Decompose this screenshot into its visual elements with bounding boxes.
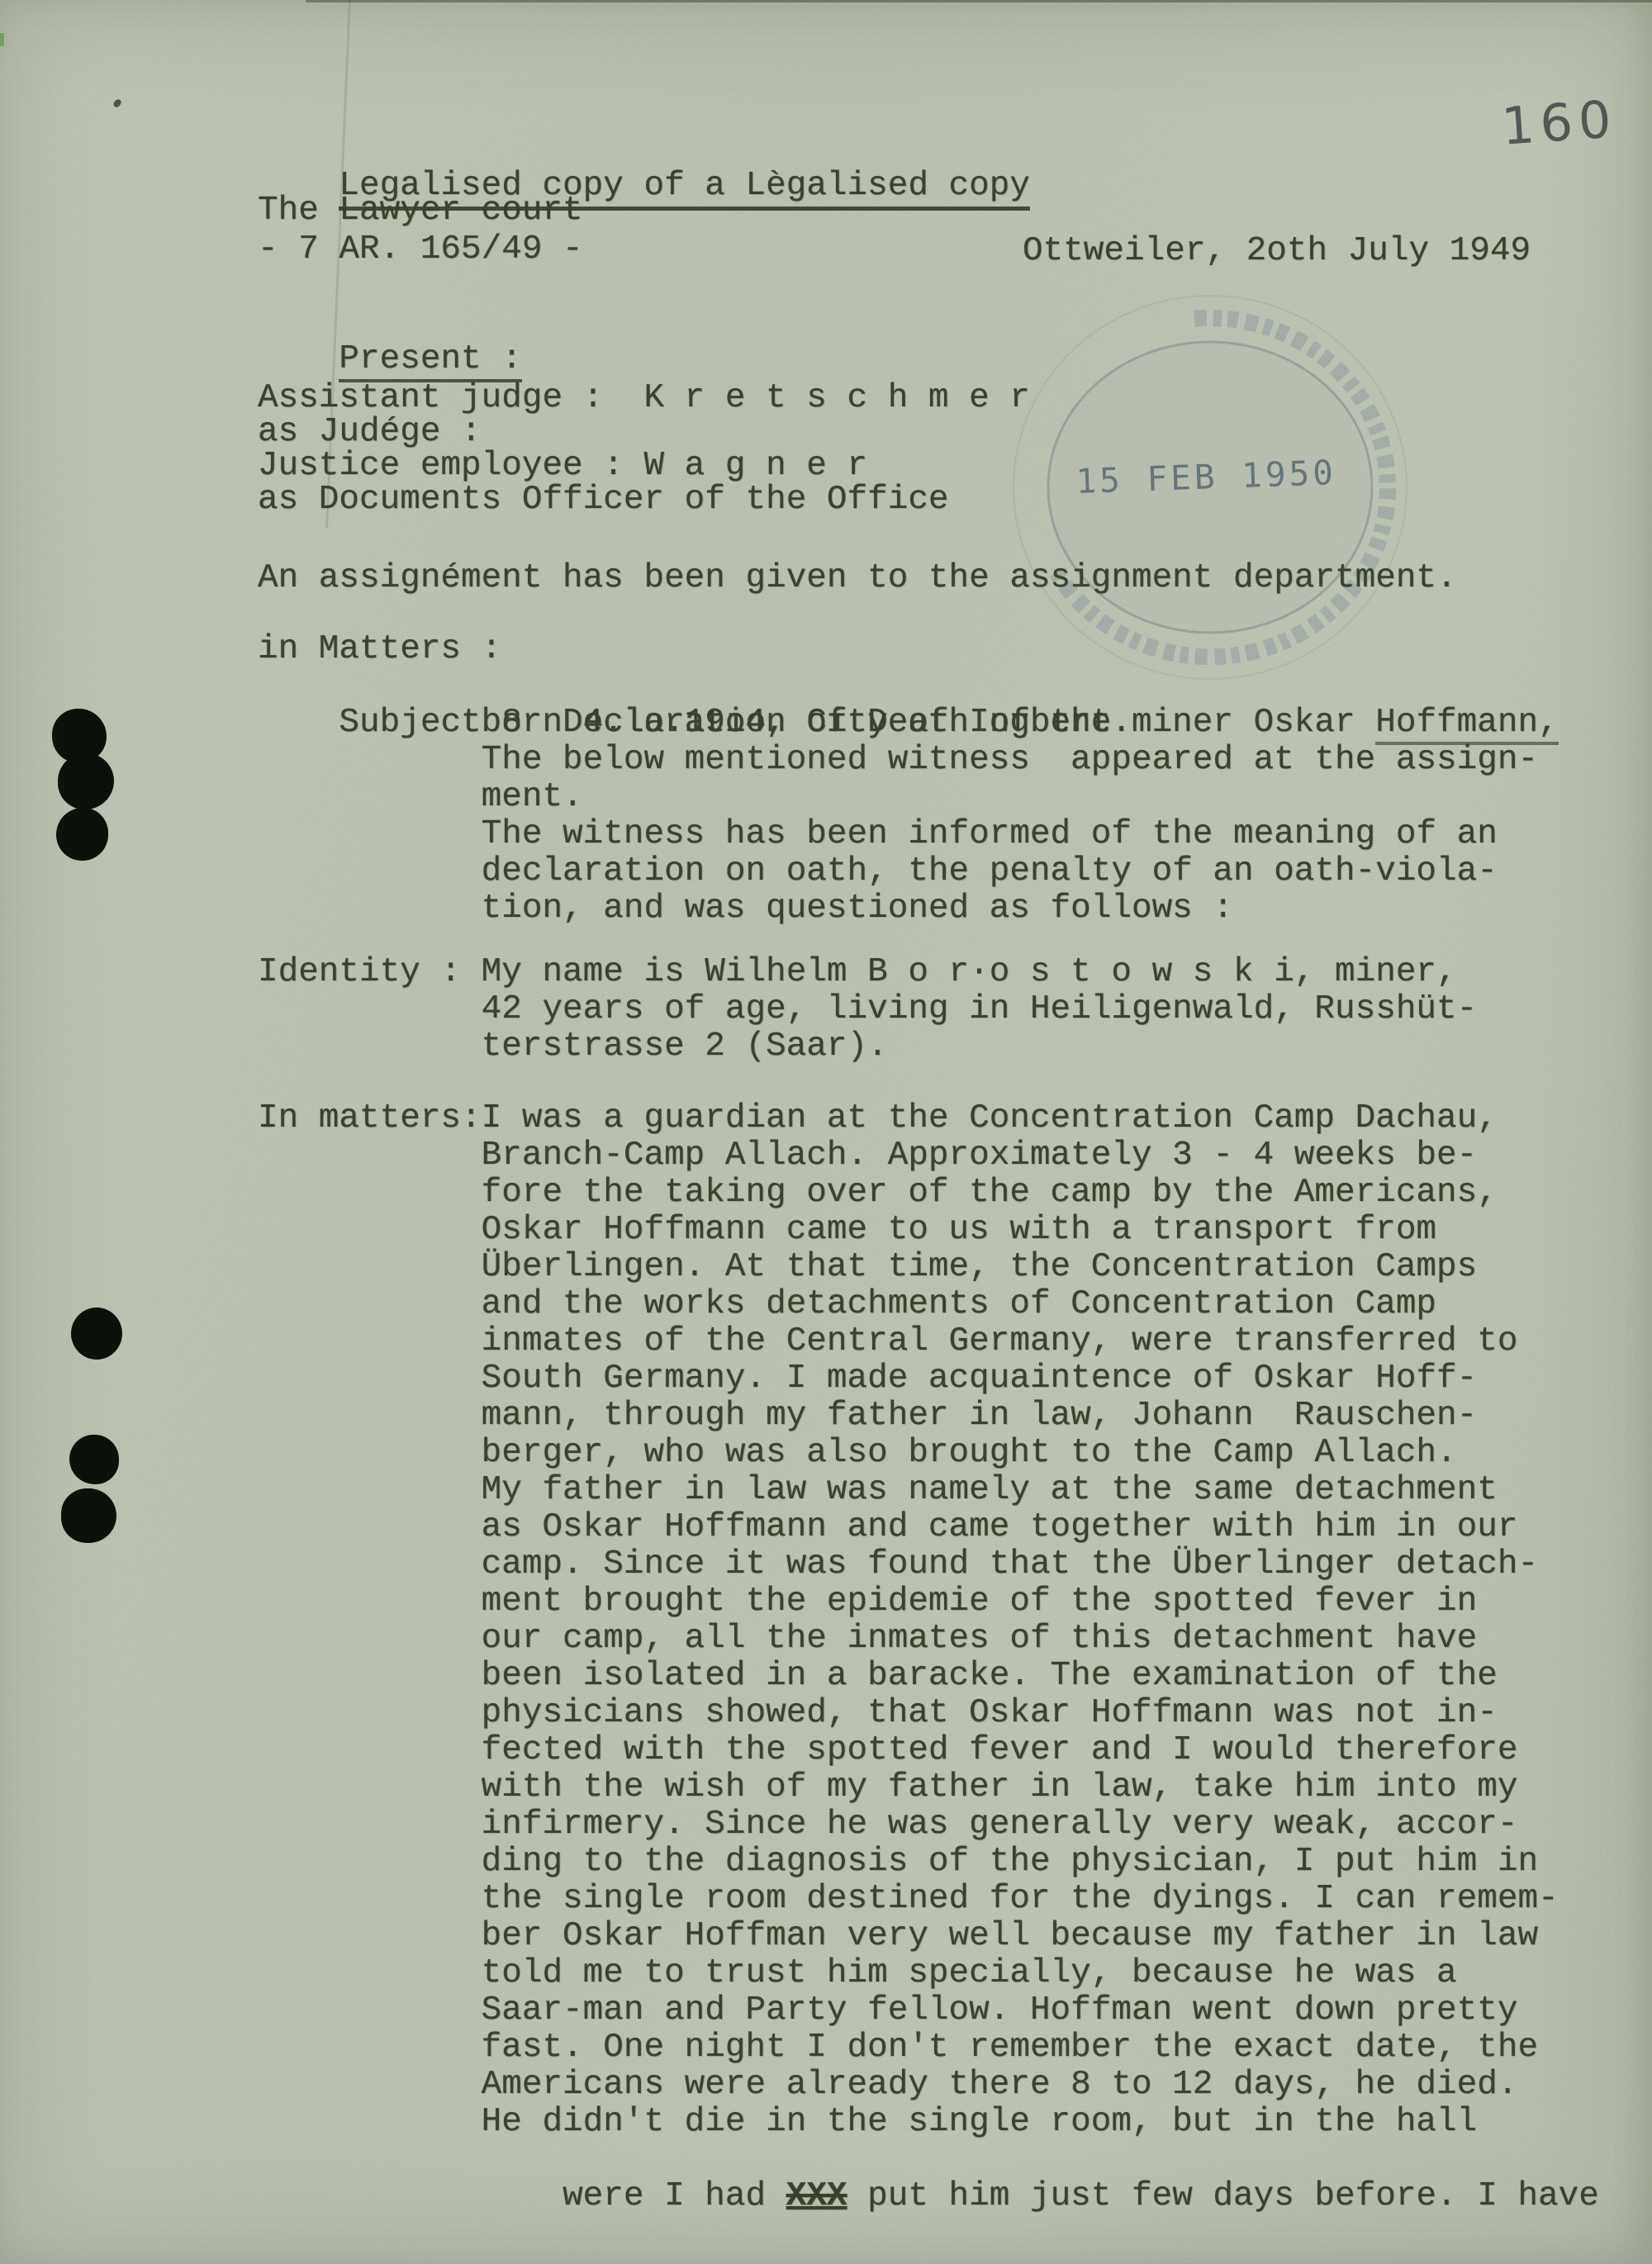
typed-line: Überlingen. At that time, the Concentrat…	[258, 1249, 1559, 1286]
typed-line: The below mentioned witness appeared at …	[258, 742, 1538, 779]
typed-line: tion, and was questioned as follows :	[258, 890, 1538, 928]
paper-fleck	[0, 33, 4, 46]
typed-line: infirmery. Since he was generally very w…	[258, 1806, 1559, 1844]
typed-line: - 7 AR. 165/49 -	[258, 230, 583, 269]
typed-line: with the wish of my father in law, take …	[258, 1769, 1559, 1806]
typed-line: as Oskar Hoffmann and came together with…	[258, 1509, 1559, 1546]
handwritten-page-number: 160	[1500, 88, 1619, 157]
typed-line: the single room destined for the dyings.…	[258, 1881, 1559, 1918]
scanned-document-page: 15 FEB 1950 160 Legalised copy of a Lèga…	[0, 0, 1652, 2264]
present-heading: Present :	[258, 304, 522, 341]
testimony-last-line: were I had XXX put him just few days bef…	[258, 2141, 1599, 2178]
court-header: The Lawyer court- 7 AR. 165/49 -	[258, 192, 583, 269]
assignment-note: An assignément has been given to the ass…	[258, 560, 1457, 597]
typed-line: fore the taking over of the camp by the …	[258, 1175, 1559, 1212]
typed-line: terstrasse 2 (Saar).	[258, 1028, 1477, 1066]
typed-line: our camp, all the inmates of this detach…	[258, 1621, 1559, 1658]
typed-line: mann, through my father in law, Johann R…	[258, 1398, 1559, 1435]
identity-block: Identity : My name is Wilhelm B o r·o s …	[258, 954, 1477, 1066]
ink-blob	[69, 1435, 119, 1484]
typed-line: as Judége :	[258, 415, 1030, 449]
typed-line: Americans were already there 8 to 12 day…	[258, 2067, 1559, 2104]
typed-line: ment brought the epidemie of the spotted…	[258, 1583, 1559, 1621]
struck-out-text: XXX	[786, 2177, 847, 2215]
typed-line: My father in law was namely at the same …	[258, 1472, 1559, 1509]
document-title: Legalised copy of a Lègalised copy	[258, 131, 1030, 168]
ink-blob	[71, 1308, 122, 1360]
subject-block: born 4.lo.19o4, City of Ingbert. The bel…	[258, 705, 1538, 928]
typed-line: fected with the spotted fever and I woul…	[258, 1732, 1559, 1769]
typed-line: ber Oskar Hoffman very well because my f…	[258, 1918, 1559, 1955]
typed-line: South Germany. I made acquaintence of Os…	[258, 1360, 1559, 1398]
testimony-last-post: put him just few days before. I have	[847, 2177, 1599, 2215]
testimony-last-pre: were I had	[339, 2177, 786, 2215]
typed-line: fast. One night I don't remember the exa…	[258, 2029, 1559, 2067]
typed-line: and the works detachments of Concentrati…	[258, 1286, 1559, 1323]
court-date-stamp: 15 FEB 1950	[966, 264, 1462, 727]
typed-line: The witness has been informed of the mea…	[258, 816, 1538, 853]
typed-line: been isolated in a baracke. The examinat…	[258, 1658, 1559, 1695]
typed-line: 42 years of age, living in Heiligenwald,…	[258, 991, 1477, 1028]
typed-line: Saar-man and Party fellow. Hoffman went …	[258, 1992, 1559, 2029]
officials-block: Assistant judge : K r e t s c h m e ras …	[258, 382, 1030, 517]
ink-blob	[61, 1488, 116, 1543]
place-date-line: Ottweiler, 2oth July 1949	[1023, 233, 1531, 270]
ink-speck	[112, 98, 121, 108]
typed-line: Branch-Camp Allach. Approximately 3 - 4 …	[258, 1137, 1559, 1175]
typed-line: berger, who was also brought to the Camp…	[258, 1435, 1559, 1472]
typed-line: The Lawyer court	[258, 192, 583, 230]
typed-line: told me to trust him specially, because …	[258, 1955, 1559, 1992]
typed-line: Oskar Hoffmann came to us with a transpo…	[258, 1212, 1559, 1249]
ink-blob	[58, 753, 114, 809]
typed-line: He didn't die in the single room, but in…	[258, 2104, 1559, 2141]
typed-line: born 4.lo.19o4, City of Ingbert.	[258, 705, 1538, 742]
testimony-block: In matters:I was a guardian at the Conce…	[258, 1100, 1559, 2141]
typed-line: Identity : My name is Wilhelm B o r·o s …	[258, 954, 1477, 991]
ink-blob	[56, 808, 108, 861]
typed-line: declaration on oath, the penalty of an o…	[258, 853, 1538, 890]
typed-line: Justice employee : W a g n e r	[258, 449, 1030, 483]
scan-top-edge	[306, 0, 1652, 2]
typed-line: as Documents Officer of the Office	[258, 483, 1030, 517]
typed-line: In matters:I was a guardian at the Conce…	[258, 1100, 1559, 1137]
typed-line: camp. Since it was found that the Überli…	[258, 1546, 1559, 1583]
subject-line: Subject 8 Declaration of Death of the mi…	[258, 667, 1559, 705]
typed-line: Assistant judge : K r e t s c h m e r	[258, 382, 1030, 415]
in-matters-heading: in Matters :	[258, 631, 501, 668]
typed-line: ding to the diagnosis of the physician, …	[258, 1844, 1559, 1881]
typed-line: inmates of the Central Germany, were tra…	[258, 1323, 1559, 1360]
typed-line: physicians showed, that Oskar Hoffmann w…	[258, 1695, 1559, 1732]
present-heading-text: Present :	[339, 340, 521, 382]
typed-line: ment.	[258, 779, 1538, 816]
